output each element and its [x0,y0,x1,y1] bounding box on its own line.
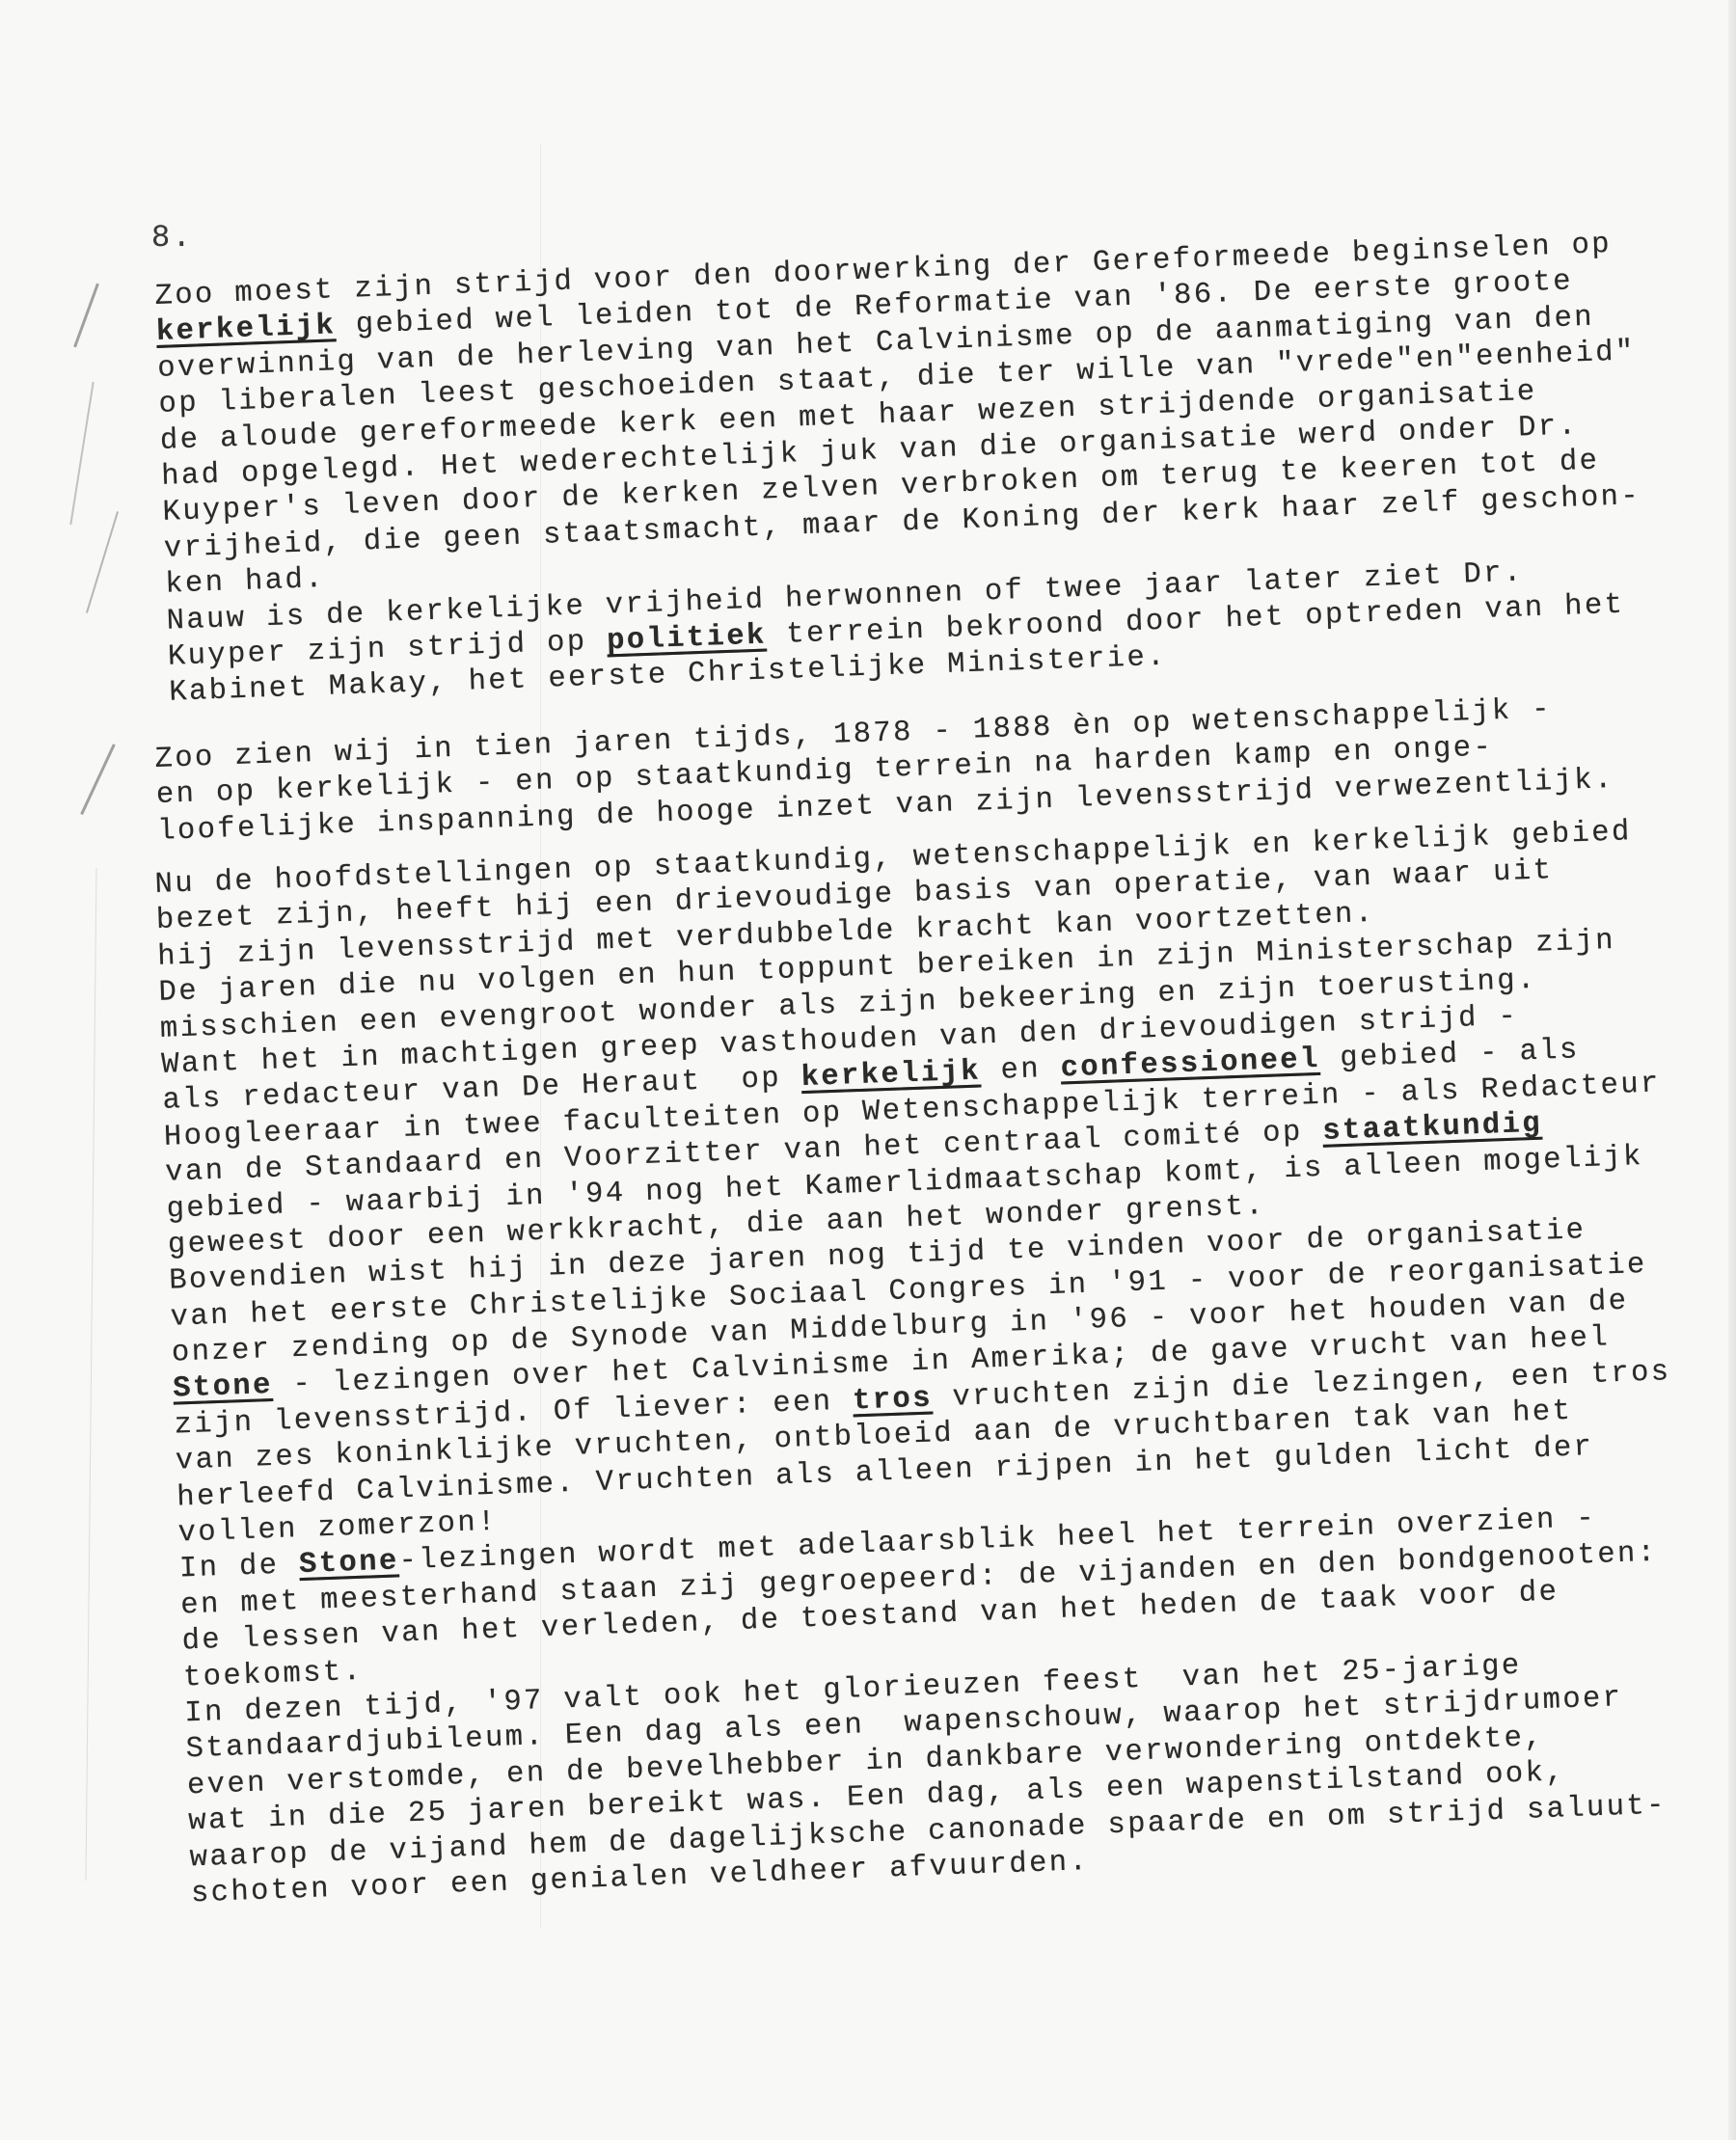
underlined-word: kerkelijk [155,311,336,350]
margin-pencil-mark [69,382,94,525]
margin-pencil-mark [86,511,119,613]
underlined-word: tros [853,1382,934,1418]
margin-pencil-mark [86,868,97,1881]
margin-pencil-mark [73,284,99,348]
underlined-word: Stone [173,1369,274,1406]
text-segment: In de [178,1550,299,1586]
underlined-word: staatkundig [1322,1108,1543,1149]
underlined-word: politiek [607,619,768,658]
margin-pencil-mark [80,744,115,815]
typewritten-page: 8. Zoo moest zijn strijd voor den doorwe… [0,0,1736,2140]
text-segment: ken had. [165,563,326,602]
underlined-word: Stone [299,1546,400,1583]
text-segment: toekomst. [182,1655,363,1694]
text-segment: en [980,1053,1061,1089]
paper-right-edge [1728,0,1736,2140]
paragraph-main-positions: Nu de hoofdstellingen op staatkundig, we… [154,814,1689,1912]
page-number: 8. [151,220,193,256]
underlined-word: kerkelijk [800,1056,981,1096]
paragraph-reformation: Zoo moest zijn strijd voor den doorwerki… [154,227,1646,712]
